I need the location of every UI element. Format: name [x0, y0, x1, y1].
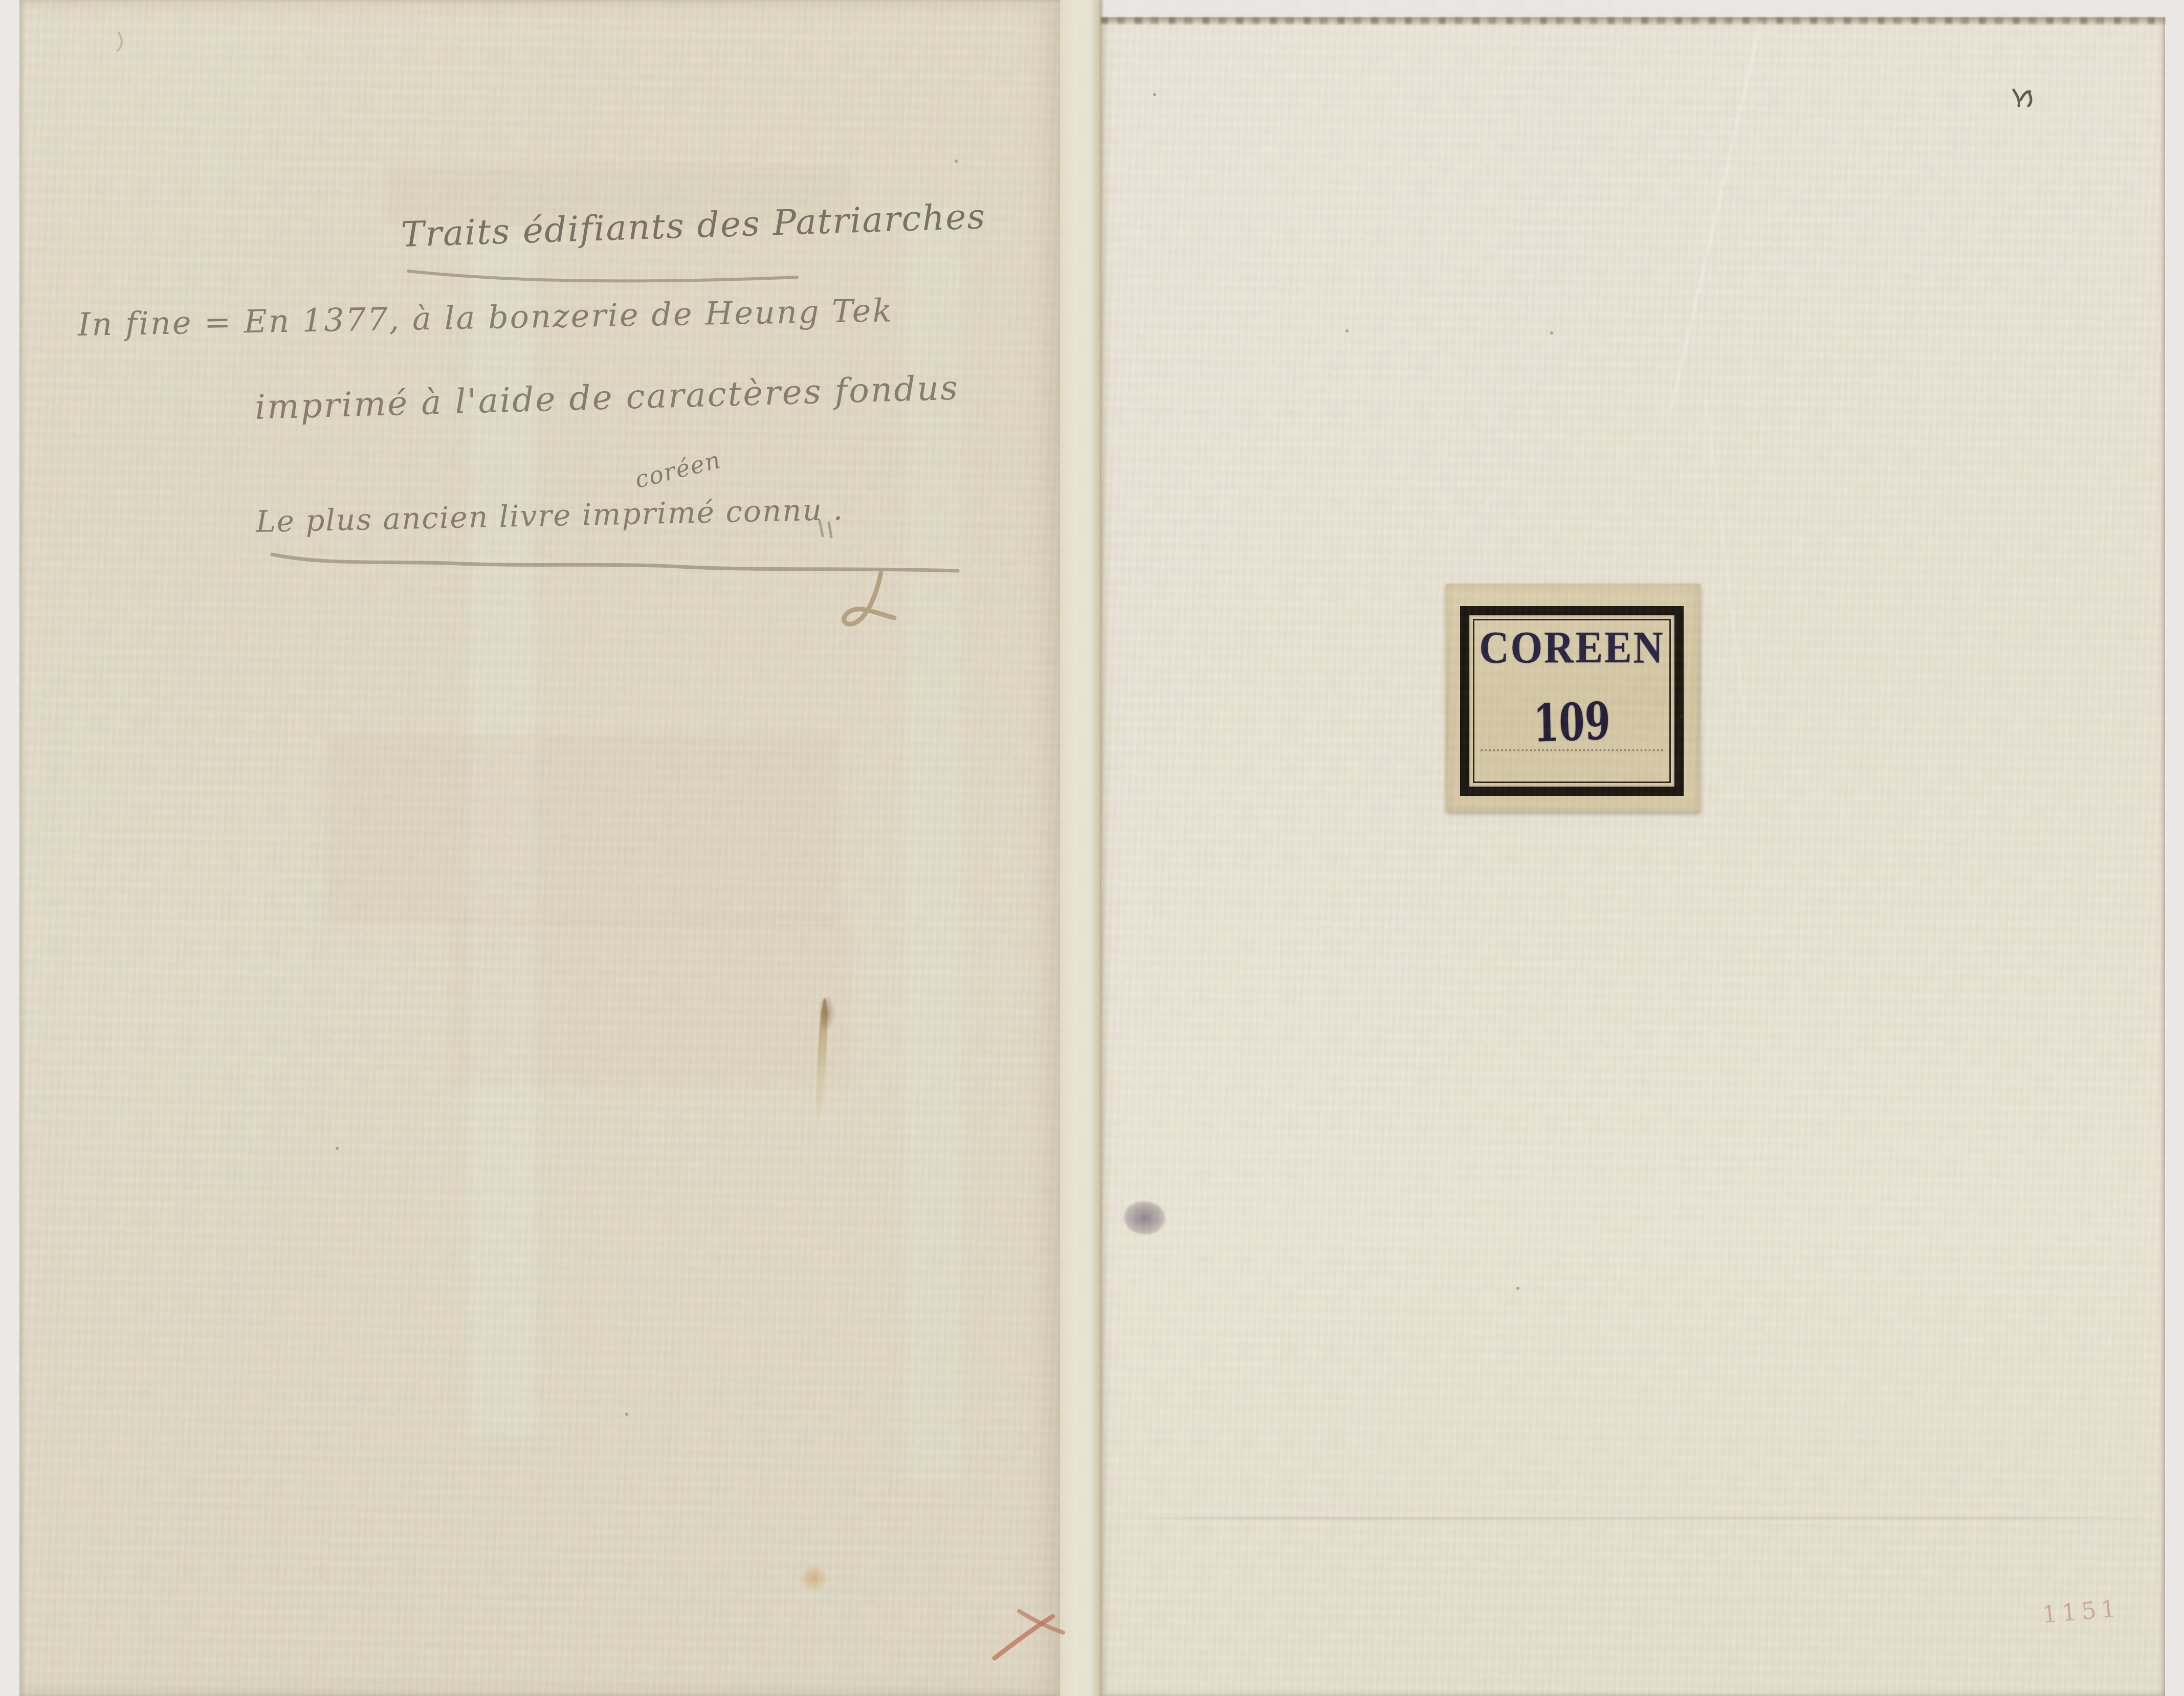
show-through-band-top: [386, 166, 847, 222]
label-shelfmark-number: 109: [1501, 689, 1642, 755]
show-through-block-middle: [327, 734, 839, 924]
dust-speck: [1550, 331, 1553, 334]
diagonal-crease: [1670, 20, 1762, 410]
paper-streak: [470, 235, 536, 1437]
ink-blot: [1123, 1201, 1165, 1235]
paper-streak: [905, 205, 961, 1483]
left-page: [19, 0, 1060, 1696]
right-page: COREEN 109 1151: [1101, 17, 2165, 1696]
show-through-block-lower: [450, 918, 849, 1087]
dust-speck: [955, 160, 958, 163]
deckled-top-edge: [1101, 17, 2165, 24]
horizontal-fold-crease: [1121, 1517, 2163, 1520]
diagonal-crease: [1705, 396, 1745, 711]
dust-speck: [625, 1413, 628, 1416]
fiber-scratch-head: [819, 995, 835, 1031]
dust-speck: [1345, 329, 1349, 332]
collection-label: COREEN 109: [1446, 584, 1701, 812]
label-frame-inner-rule: COREEN 109: [1473, 619, 1671, 783]
label-frame: COREEN 109: [1460, 606, 1684, 796]
scanned-book-spread: COREEN 109 1151 Traits édifiants des Pat…: [0, 0, 2184, 1696]
dust-speck: [1516, 1287, 1519, 1290]
fiber-scratch-mark: [814, 998, 829, 1123]
page-fore-edge: [1060, 0, 1101, 1696]
dust-speck: [1680, 715, 1683, 718]
brown-stain-spot: [801, 1566, 827, 1590]
dust-speck: [336, 1147, 339, 1150]
dust-speck: [1153, 93, 1156, 96]
label-collection-text: COREEN: [1479, 621, 1666, 674]
corner-inscription: 1151: [2041, 1594, 2122, 1628]
